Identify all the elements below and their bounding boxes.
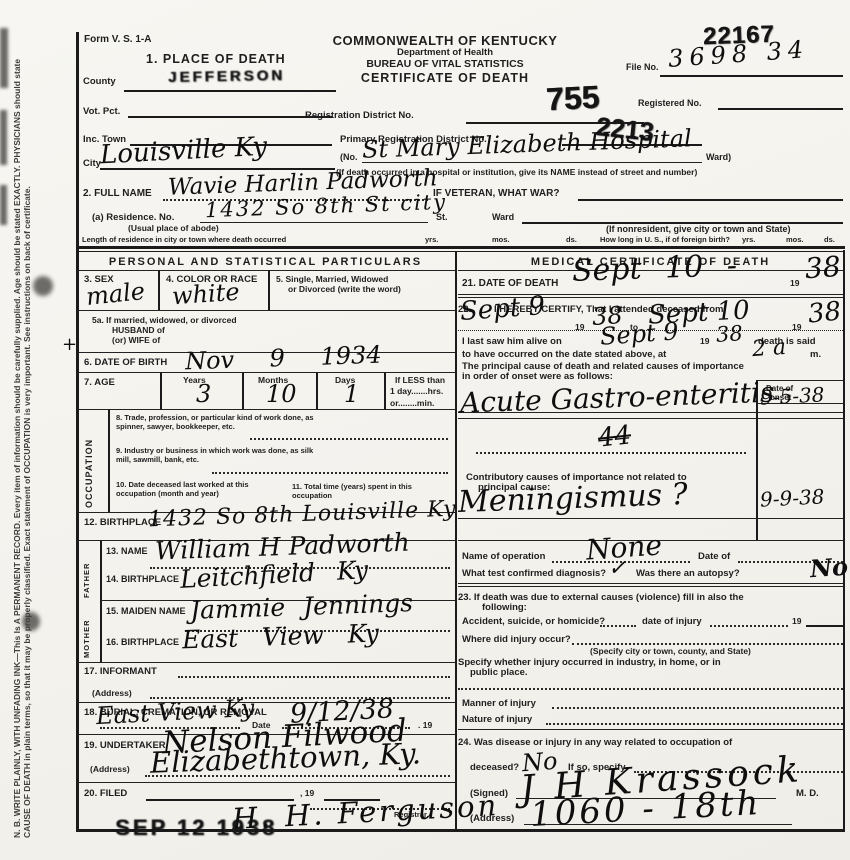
manner-of-injury-line: [552, 707, 843, 709]
age-days-value: 1: [344, 382, 359, 406]
cell-divider: [316, 372, 318, 409]
accident-label: Accident, suicide, or homicide?: [462, 616, 605, 627]
occupation-trade-line: [250, 438, 448, 440]
to-year-value: 38: [807, 298, 843, 327]
marital-label-1: 5. Single, Married, Widowed: [276, 274, 388, 284]
county-value-stamp: JEFFERSON: [168, 67, 285, 86]
registered-no-label: Registered No.: [638, 98, 702, 108]
attended-from-value: Sept 9: [459, 293, 546, 325]
last-saw-text: I last saw him alive on: [462, 336, 562, 347]
row-line: [78, 662, 455, 663]
cell-divider: [158, 270, 160, 310]
margin-plus-mark: +: [62, 336, 77, 354]
cause-onset-date-value: 9-5-38: [760, 384, 825, 407]
where-injury-line: [572, 643, 843, 645]
blank-dotted-line: [458, 688, 843, 690]
row-line: [78, 782, 455, 783]
maiden-name-value: Jammie Jennings: [190, 590, 414, 623]
county-line: [124, 90, 336, 92]
manner-of-injury-label: Manner of injury: [462, 698, 536, 709]
father-name-value: William H Padworth: [155, 530, 410, 564]
father-side-label: FATHER: [82, 546, 91, 598]
hour-value: 2 a: [751, 337, 787, 361]
lastsaw-year-value: 38: [715, 323, 743, 346]
color-race-value: white: [171, 280, 240, 309]
yrs-label: yrs.: [425, 235, 438, 244]
married-to-label-3: (or) WIFE of: [112, 335, 160, 345]
department-subtitle: Department of Health: [310, 47, 580, 58]
cell-divider: [160, 372, 162, 409]
cell-divider: [100, 540, 102, 662]
county-label: County: [83, 76, 116, 87]
registrar-signature: H. H. Ferguson: [231, 791, 499, 834]
registration-district-label: Registration District No.: [305, 110, 414, 121]
mother-birthplace-label: 16. BIRTHPLACE: [106, 637, 179, 647]
age-label: 7. AGE: [84, 377, 115, 388]
m-label: m.: [810, 349, 821, 360]
file-no-label: File No.: [626, 62, 659, 72]
ds-label: ds.: [566, 235, 577, 244]
scan-smudge: [0, 110, 7, 165]
length-residence-label: Length of residence in city or town wher…: [82, 235, 286, 244]
residence-line: [200, 222, 428, 223]
section-place-of-death: 1. PLACE OF DEATH: [146, 52, 286, 66]
undertaker-address-label: (Address): [90, 764, 130, 774]
vot-pct-label: Vot. Pct.: [83, 106, 120, 117]
maiden-name-label: 15. MAIDEN NAME: [106, 606, 186, 616]
marital-label-2: or Divorced (write the word): [288, 284, 401, 294]
test-confirmed-label: What test confirmed diagnosis?: [462, 568, 606, 579]
principal-cause-text-2: in order of onset were as follows:: [462, 371, 613, 382]
cause-strikeout-mark: 44: [597, 422, 633, 451]
form-left-border: [76, 32, 79, 830]
row-line: [78, 270, 455, 271]
operation-value: None: [585, 531, 663, 564]
filed-label: 20. FILED: [84, 788, 127, 799]
residence-value: 1432 So 8th St city: [205, 192, 448, 221]
file-no-line: [660, 75, 843, 77]
column-divider: [455, 251, 457, 830]
deceased-label: deceased?: [470, 762, 519, 773]
informant-line: [178, 676, 450, 678]
death-certificate-scan: N. B. WRITE PLAINLY, WITH UNFADING INK—T…: [0, 0, 850, 860]
occupation-industry-line: [212, 472, 448, 474]
registration-district-stamp: 755: [545, 79, 600, 119]
certificate-title: CERTIFICATE OF DEATH: [310, 71, 580, 85]
full-name-label: 2. FULL NAME: [83, 188, 152, 199]
autopsy-label: Was there an autopsy?: [636, 568, 740, 579]
residence-label: (a) Residence. No.: [92, 212, 174, 223]
filed-19-label: , 19: [300, 788, 314, 798]
city-value: Louisville Ky: [99, 134, 267, 169]
occupation-trade-label: 8. Trade, profession, or particular kind…: [116, 413, 326, 431]
row-line: [458, 729, 843, 730]
hospital-ward-close: Ward): [706, 152, 731, 162]
date-of-death-label: 21. DATE OF DEATH: [462, 278, 558, 289]
occupation-side-label: OCCUPATION: [84, 424, 94, 508]
injury-year-line: [806, 625, 843, 627]
hospital-line: [362, 162, 702, 163]
row-line: [458, 586, 843, 587]
contributory-cause-value: Meningismus ?: [458, 480, 689, 518]
dod-year-value: 38: [804, 253, 842, 283]
contributory-onset-date-value: 9-9-38: [760, 486, 825, 509]
file-no-value: 3698 34: [667, 37, 810, 71]
form-number: Form V. S. 1-A: [84, 34, 151, 45]
howlong-label: How long in U. S., if of foreign birth?: [600, 235, 730, 244]
residence-st-label: St.: [436, 212, 448, 222]
contributory-line: [458, 518, 843, 519]
ifless-label-1: If LESS than: [395, 375, 445, 385]
married-to-label-1: 5a. If married, widowed, or divorced: [92, 315, 237, 325]
ink-blot: [33, 276, 53, 296]
residence-ward-label: Ward: [492, 212, 514, 222]
nonresident-note: (If nonresident, give city or town and S…: [606, 224, 791, 234]
undertaker-address-value: Elizabethtown, Ky.: [150, 739, 422, 777]
ifless-label-3: or........min.: [390, 398, 434, 408]
where-injury-label: Where did injury occur?: [462, 634, 571, 645]
margin-instruction-note: N. B. WRITE PLAINLY, WITH UNFADING INK—T…: [12, 38, 32, 838]
age-years-value: 3: [196, 382, 211, 406]
external-causes-label-2: following:: [482, 602, 527, 613]
row-line: [78, 372, 455, 373]
occupation-totaltime-label: 11. Total time (years) spent in this occ…: [292, 482, 422, 500]
hospital-name-value: St Mary Elizabeth Hospital: [362, 126, 692, 161]
undertaker-address-line: [145, 775, 450, 777]
informant-address-label: (Address): [92, 688, 132, 698]
veteran-line: [578, 199, 843, 201]
last-saw-value: Sept 9: [599, 319, 679, 348]
cell-divider: [268, 270, 270, 310]
commonwealth-title: COMMONWEALTH OF KENTUCKY: [310, 33, 580, 48]
autopsy-value: No: [809, 555, 849, 582]
date-of-death-value: Sept 10 -: [572, 251, 738, 287]
physician-address-value: 1060 - 18th: [529, 786, 762, 832]
date-of-birth-label: 6. DATE OF BIRTH: [84, 357, 167, 368]
operation-label: Name of operation: [462, 551, 545, 562]
form-right-border: [843, 250, 845, 830]
row-line: [78, 310, 455, 311]
nature-of-injury-label: Nature of injury: [462, 714, 532, 725]
registered-no-line: [718, 108, 843, 110]
scan-smudge: [0, 185, 7, 225]
mother-birthplace-value: East View Ky: [182, 621, 380, 653]
ds-label-2: ds.: [824, 235, 835, 244]
ifless-label-2: 1 day.......hrs.: [390, 386, 443, 396]
hospital-no-open: (No.: [340, 152, 358, 162]
father-birthplace-label: 14. BIRTHPLACE: [106, 574, 179, 584]
occurred-text: to have occurred on the date stated abov…: [462, 349, 666, 360]
occupation-industry-label: 9. Industry or business in which work wa…: [116, 446, 316, 464]
personal-section-title: PERSONAL AND STATISTICAL PARTICULARS: [78, 256, 453, 268]
injury-date-line: [710, 625, 788, 627]
row-line: [458, 583, 843, 584]
veteran-label: IF VETERAN, WHAT WAR?: [433, 188, 559, 199]
scan-smudge: [0, 28, 8, 88]
mos-label: mos.: [492, 235, 510, 244]
informant-label: 17. INFORMANT: [84, 666, 157, 677]
cell-divider: [384, 372, 386, 409]
occupation-lastworked-label: 10. Date deceased last worked at this oc…: [116, 480, 276, 498]
father-name-label: 13. NAME: [106, 546, 148, 556]
dod-19-label: 19: [790, 278, 799, 288]
date-of-birth-value: Nov 9 1934: [185, 343, 382, 374]
operation-date-label: Date of: [698, 551, 730, 562]
injury-date-label: date of injury: [642, 616, 702, 627]
cause-line-2: [458, 418, 843, 419]
occupation-related-label: 24. Was disease or injury in any way rel…: [458, 737, 732, 748]
row-line: [78, 409, 455, 410]
injury-19-label: 19: [792, 616, 801, 626]
mos-label-2: mos.: [786, 235, 804, 244]
abode-note: (Usual place of abode): [128, 223, 219, 233]
sex-value: male: [85, 279, 146, 309]
mother-side-label: MOTHER: [82, 606, 91, 658]
age-months-value: 10: [266, 382, 297, 406]
specify-city-note: (Specify city or town, county, and State…: [590, 646, 751, 656]
accident-line: [600, 625, 636, 627]
cell-divider: [242, 372, 244, 409]
yrs-label-2: yrs.: [742, 235, 755, 244]
cell-divider: [108, 409, 110, 512]
cause-blank-line: [476, 452, 746, 454]
city-label: City: [83, 158, 101, 169]
burial-19-label: . 19: [418, 720, 432, 730]
nature-of-injury-line: [546, 723, 843, 725]
bureau-subtitle: BUREAU OF VITAL STATISTICS: [310, 58, 580, 70]
vot-pct-line: [128, 116, 332, 118]
specify-whether-label-2: public place.: [470, 667, 528, 678]
birthplace-value: 1432 So 8th Louisville Ky: [148, 499, 457, 532]
lastsaw-19-label: 19: [700, 336, 709, 346]
married-to-label-2: HUSBAND of: [112, 325, 165, 335]
